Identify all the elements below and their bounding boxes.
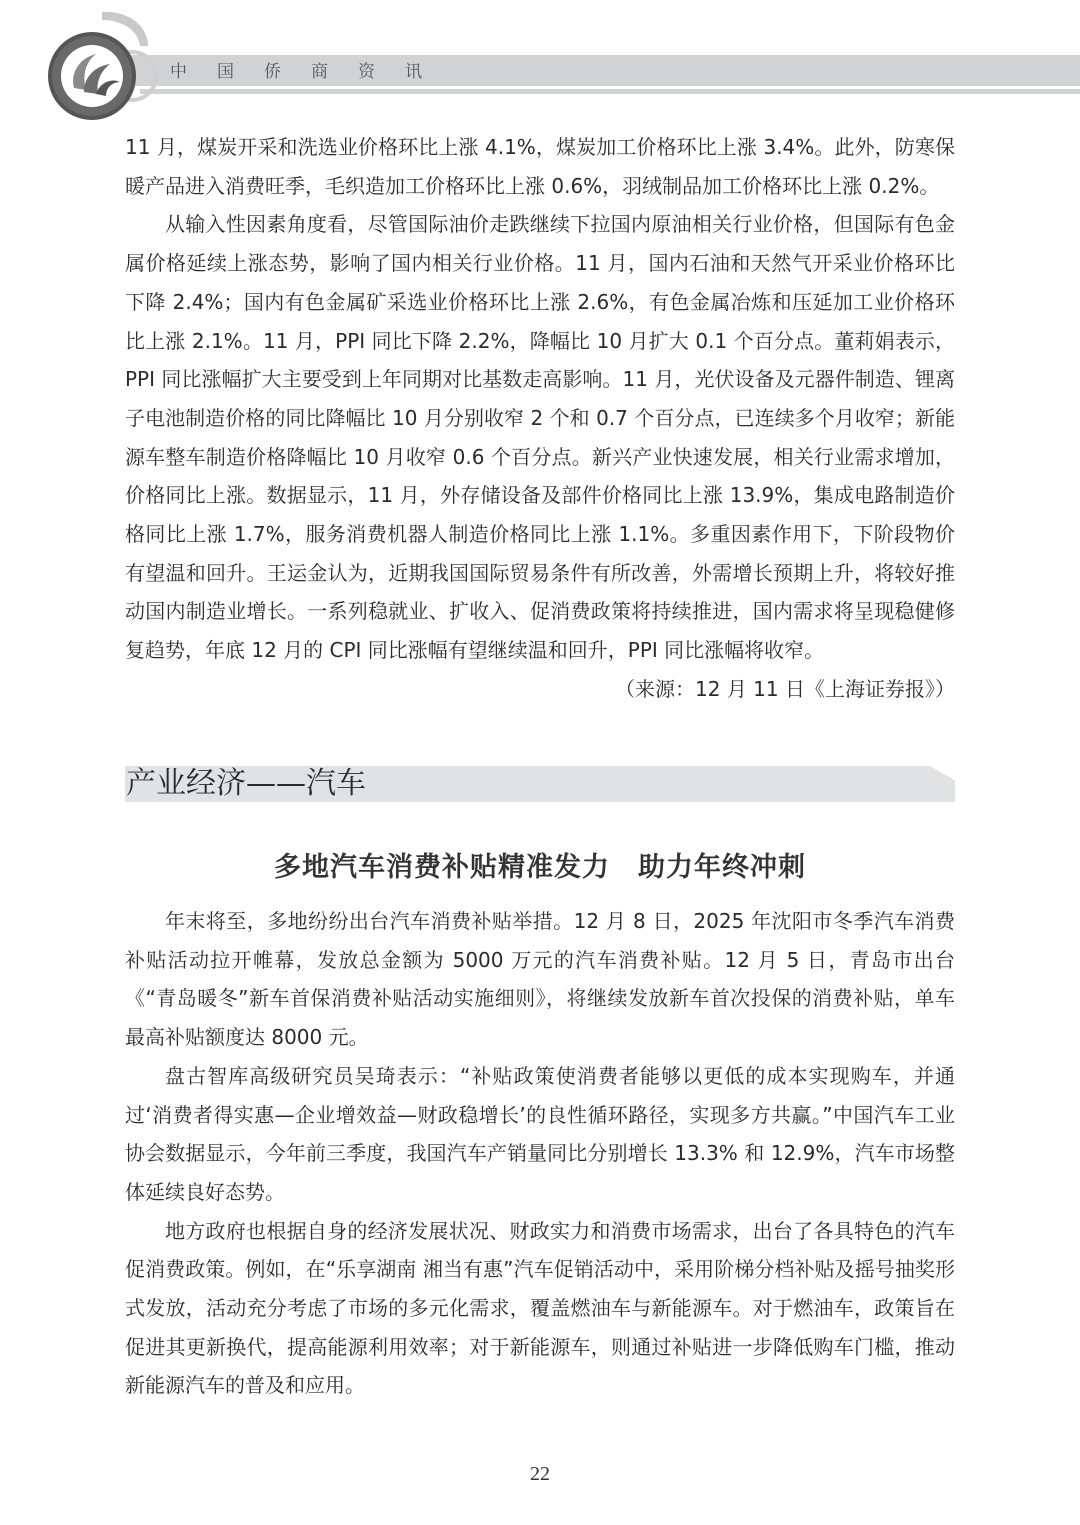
paragraph: 11 月，煤炭开采和洗选业价格环比上涨 4.1%，煤炭加工价格环比上涨 3.4%…	[125, 128, 955, 205]
section-title: 产业经济——汽车	[126, 764, 366, 804]
article-body: 年末将至，多地纷纷出台汽车消费补贴举措。12 月 8 日，2025 年沈阳市冬季…	[125, 902, 955, 1405]
paragraph: 盘古智库高级研究员吴琦表示：“补贴政策使消费者能够以更低的成本实现购车，并通过‘…	[125, 1057, 955, 1212]
paragraph: 从输入性因素角度看，尽管国际油价走跌继续下拉国内原油相关行业价格，但国际有色金属…	[125, 205, 955, 669]
paragraph: 地方政府也根据自身的经济发展状况、财政实力和消费市场需求，出台了各具特色的汽车促…	[125, 1212, 955, 1406]
paragraph: 年末将至，多地纷纷出台汽车消费补贴举措。12 月 8 日，2025 年沈阳市冬季…	[125, 902, 955, 1057]
previous-article-body: 11 月，煤炭开采和洗选业价格环比上涨 4.1%，煤炭加工价格环比上涨 3.4%…	[125, 128, 955, 709]
header-divider	[140, 89, 1080, 94]
page-number: 22	[0, 1463, 1080, 1486]
article-title: 多地汽车消费补贴精准发力 助力年终冲刺	[0, 845, 1080, 884]
federation-logo-icon	[40, 6, 165, 126]
article-source: （来源：12 月 11 日《上海证券报》）	[125, 670, 955, 709]
publication-title: 中国侨商资讯	[170, 60, 452, 84]
